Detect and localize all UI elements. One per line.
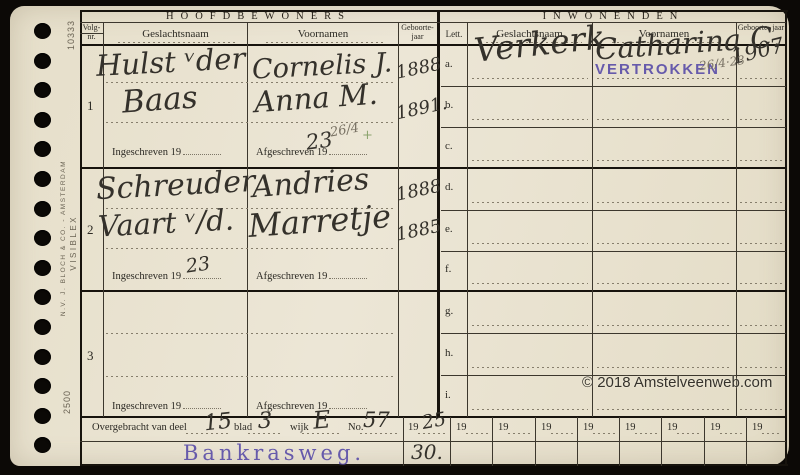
year-cell-value: 25 (421, 410, 448, 433)
ingeschreven-label: Ingeschreven 19 (112, 144, 221, 158)
block-number: 2 (87, 222, 94, 238)
grid-line (635, 433, 657, 434)
column-header-geslachtsnaam-left: Geslachtsnaam (104, 28, 247, 41)
ingeschreven-text: Ingeschreven 19 (112, 147, 181, 158)
grid-line (740, 367, 784, 368)
transfer-no-value: 57 (363, 410, 390, 431)
dotted-leader (183, 398, 221, 409)
copyright-watermark: © 2018 Amstelveenweb.com (582, 374, 772, 391)
ingeschreven-value: 23 (185, 254, 212, 276)
year-cell-prefix: 19 (667, 422, 678, 433)
grid-line (597, 409, 732, 410)
grid-line (597, 78, 732, 79)
brand-imprint: VISIBLEX (69, 215, 78, 271)
grid-line (740, 325, 784, 326)
grid-line (80, 10, 82, 466)
grid-line (360, 433, 398, 434)
street-stamp: Bankrasweg. (183, 441, 365, 465)
grid-line (441, 333, 786, 334)
grid-line (597, 202, 732, 203)
grid-line (597, 119, 732, 120)
grid-line (740, 243, 784, 244)
afgeschreven-crayon-note: + (362, 129, 373, 142)
binder-hole (34, 319, 51, 335)
row-letter: e. (445, 223, 453, 235)
print-code-top: 10333 (66, 20, 76, 50)
year-cell-prefix: 19 (498, 422, 509, 433)
transfer-wijk-value: E (312, 407, 332, 432)
grid-line (441, 86, 786, 87)
grid-line (597, 160, 732, 161)
dotted-leader (183, 144, 221, 155)
entry-firstnames: Andries (251, 165, 370, 203)
grid-line (597, 283, 732, 284)
row-letter: h. (445, 347, 453, 359)
grid-line (740, 202, 784, 203)
year-cell-prefix: 19 (408, 422, 419, 433)
grid-line (472, 119, 588, 120)
afgeschreven-label: Afgeschreven 19 (256, 268, 367, 282)
printer-imprint: N.V. J. BLOCH & CO. - AMSTERDAM (60, 160, 67, 316)
binder-hole (34, 349, 51, 365)
afgeschreven-text: Afgeschreven 19 (256, 271, 327, 282)
grid-line (597, 367, 732, 368)
row-letter: c. (445, 140, 453, 152)
grid-line (508, 433, 530, 434)
grid-line (740, 283, 784, 284)
grid-line (720, 433, 742, 434)
print-code-bottom: 2500 (62, 390, 72, 414)
house-number-value: 30. (411, 442, 443, 462)
binder-hole (34, 260, 51, 276)
transfer-wijk-label: wijk (290, 422, 309, 433)
entry-surname: Baas (121, 82, 199, 118)
grid-line (441, 251, 786, 252)
grid-line (472, 160, 588, 161)
grid-line (106, 248, 396, 249)
entry-firstnames: Anna M. (253, 80, 378, 118)
grid-line (740, 119, 784, 120)
grid-line (472, 409, 588, 410)
ingeschreven-text: Ingeschreven 19 (112, 271, 181, 282)
entry-surname: Hulst ᵛder (95, 44, 246, 81)
grid-line (106, 333, 396, 334)
column-header-voornamen-left: Voornamen (248, 28, 398, 41)
row-letter: f. (445, 263, 451, 275)
grid-line (740, 409, 784, 410)
grid-line (762, 433, 782, 434)
binder-hole (34, 408, 51, 424)
block-number: 3 (87, 348, 94, 364)
grid-line (597, 243, 732, 244)
grid-line (472, 325, 588, 326)
dotted-leader (329, 398, 367, 409)
grid-line (597, 325, 732, 326)
section-title-inwonenden: INWONENDEN (441, 11, 786, 22)
grid-line (785, 10, 787, 466)
grid-line (80, 290, 786, 292)
year-cell-prefix: 19 (752, 422, 763, 433)
grid-line (472, 367, 588, 368)
year-cell-prefix: 19 (625, 422, 636, 433)
column-header-lett: Lett. (441, 29, 467, 39)
entry-surname: Schreuder (95, 167, 256, 205)
binder-hole (34, 171, 51, 187)
grid-line (466, 433, 488, 434)
grid-line (441, 127, 786, 128)
row-letter: g. (445, 305, 453, 317)
entry-firstnames: Marretje (247, 200, 392, 242)
binder-hole (34, 23, 51, 39)
grid-line (740, 160, 784, 161)
grid-line (593, 433, 615, 434)
row-letter: d. (445, 181, 453, 193)
transfer-deel-label: Overgebracht van deel (92, 422, 187, 433)
scan-background: 10333 N.V. J. BLOCH & CO. - AMSTERDAM VI… (0, 0, 800, 475)
column-header-geboortejaar-left: Geboorte- jaar (398, 23, 437, 41)
grid-line (472, 243, 588, 244)
binder-hole (34, 53, 51, 69)
year-cell-prefix: 19 (456, 422, 467, 433)
grid-line (551, 433, 573, 434)
dotted-leader (329, 268, 367, 279)
row-letter: i. (445, 389, 451, 401)
binder-hole (34, 112, 51, 128)
ingeschreven-text: Ingeschreven 19 (112, 401, 181, 412)
row-letter: b. (445, 99, 453, 111)
year-cell-prefix: 19 (583, 422, 594, 433)
grid-line (736, 22, 737, 417)
grid-line (592, 22, 593, 417)
entry-surname: Vaart ᵛ/d. (97, 205, 234, 241)
column-header-volgnr: Volg- nr. (80, 23, 103, 41)
transfer-no-label: No. (348, 422, 363, 433)
row-letter: a. (445, 58, 453, 70)
grid-line (467, 22, 468, 417)
grid-line (106, 376, 396, 377)
binder-hole (34, 201, 51, 217)
transfer-blad-value: 3 (258, 411, 272, 433)
grid-line (740, 78, 784, 79)
section-title-hoofdbewoners: HOOFDBEWONERS (80, 11, 437, 22)
grid-line (418, 433, 446, 434)
grid-line (266, 42, 384, 43)
dotted-leader (329, 144, 367, 155)
grid-line (441, 210, 786, 211)
transfer-blad-label: blad (234, 422, 252, 433)
year-cell-prefix: 19 (541, 422, 552, 433)
year-cell-prefix: 19 (710, 422, 721, 433)
grid-line (472, 78, 588, 79)
grid-line (472, 202, 588, 203)
grid-line (472, 283, 588, 284)
grid-line (677, 433, 699, 434)
ingeschreven-label: Ingeschreven 19 (112, 398, 221, 412)
transfer-deel-value: 15 (203, 411, 233, 436)
block-number: 1 (87, 98, 94, 114)
